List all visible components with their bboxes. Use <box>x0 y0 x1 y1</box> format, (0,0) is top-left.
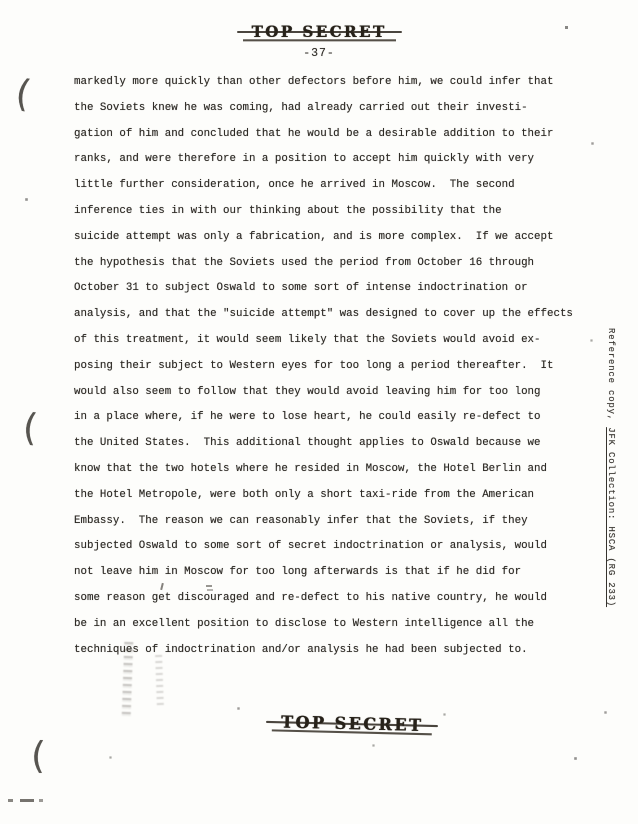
document-line: little further consideration, once he ar… <box>74 173 590 199</box>
handwritten-paren-mark: ( <box>13 71 34 116</box>
stray-pen-mark <box>206 585 212 587</box>
document-line: in a place where, if he were to lose hea… <box>74 405 590 431</box>
document-line: techniques of indoctrination and/or anal… <box>74 638 590 664</box>
document-line: the Hotel Metropole, were both only a sh… <box>74 483 590 509</box>
document-line: suicide attempt was only a fabrication, … <box>74 225 590 251</box>
archive-reference-prefix: Reference copy, <box>606 328 616 427</box>
edge-dash-marks <box>8 799 64 802</box>
document-line: Embassy. The reason we can reasonably in… <box>74 509 590 535</box>
document-line: the United States. This additional thoug… <box>74 431 590 457</box>
top-secret-stamp-bottom: TOP SECRET <box>281 712 424 735</box>
document-line: some reason get discouraged and re-defec… <box>74 586 590 612</box>
document-line: markedly more quickly than other defecto… <box>74 70 590 96</box>
document-line: ranks, and were therefore in a position … <box>74 147 590 173</box>
handwritten-paren-mark: ( <box>21 405 39 449</box>
document-line: posing their subject to Western eyes for… <box>74 354 590 380</box>
document-line: the hypothesis that the Soviets used the… <box>74 251 590 277</box>
scanned-document-page: TOP SECRET -37- markedly more quickly th… <box>0 0 638 824</box>
document-line: would also seem to follow that they woul… <box>74 380 590 406</box>
stamp-strikethrough-line <box>237 31 402 33</box>
page-number: -37- <box>0 47 638 60</box>
document-line: analysis, and that the "suicide attempt"… <box>74 302 590 328</box>
document-line: be in an excellent position to disclose … <box>74 612 590 638</box>
document-line: subjected Oswald to some sort of secret … <box>74 534 590 560</box>
handwritten-paren-mark: ( <box>30 734 46 777</box>
document-line: of this treatment, it would seem likely … <box>74 328 590 354</box>
archive-reference-note: Reference copy, JFK Collection: HSCA (RG… <box>606 328 616 607</box>
document-line: inference ties in with our thinking abou… <box>74 199 590 225</box>
document-line: not leave him in Moscow for too long aft… <box>74 560 590 586</box>
stamp-underline <box>243 40 396 42</box>
document-line: the Soviets knew he was coming, had alre… <box>74 96 590 122</box>
document-line: gation of him and concluded that he woul… <box>74 122 590 148</box>
top-secret-stamp-top: TOP SECRET <box>0 23 638 42</box>
ink-bleedthrough-smudge <box>122 642 134 716</box>
document-line: October 31 to subject Oswald to some sor… <box>74 276 590 302</box>
scan-speckles <box>0 0 1 1</box>
document-body: markedly more quickly than other defecto… <box>74 70 590 663</box>
document-line: know that the two hotels where he reside… <box>74 457 590 483</box>
archive-reference-collection: JFK Collection: HSCA (RG 233) <box>606 427 616 607</box>
